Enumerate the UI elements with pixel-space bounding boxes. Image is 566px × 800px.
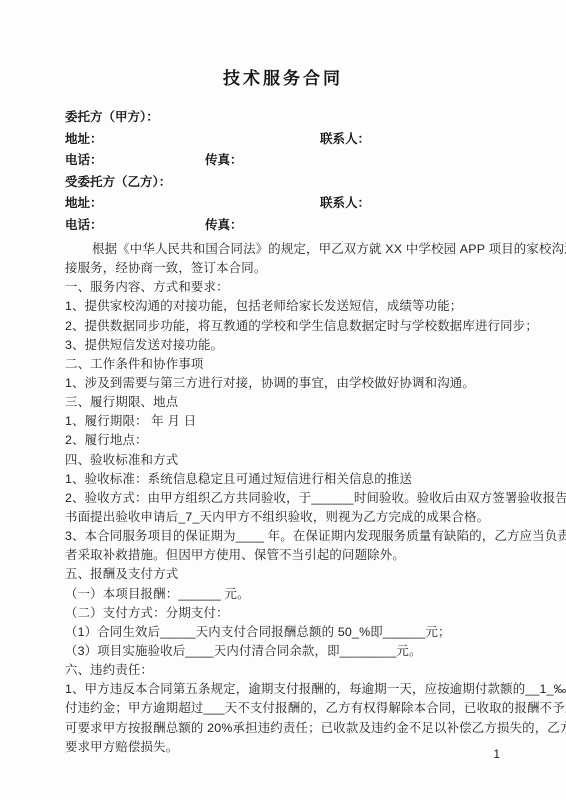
party-b-label: 受委托方（乙方）： [65, 175, 171, 189]
body-line: （3）项目实施验收后____天内付清合同余款，即________元。 [65, 642, 515, 661]
party-a-address-row: 地址： 联系人： [65, 129, 512, 151]
body-line: （二）支付方式：分期支付： [65, 604, 515, 623]
body-line: 3、本合同服务项目的保证期为____ 年。在保证期内发现服务质量有缺陷的，乙方应… [65, 527, 515, 546]
page-title: 技术服务合同 [0, 64, 566, 89]
body-line: 3、提供短信发送对接功能。 [65, 336, 515, 355]
party-b-phone-row: 电话： 传真： [65, 215, 512, 237]
body-line: 书面提出验收申请后_7_天内甲方不组织验收，则视为乙方完成的成果合格。 [65, 508, 515, 527]
contract-body: 根据《中华人民共和国合同法》的规定，甲乙双方就 XX 中学校园 APP 项目的家… [65, 240, 515, 757]
page-number: 1 [493, 747, 500, 761]
parties-block: 委托方（甲方）： 地址： 联系人： 电话： 传真： 受委托方（乙方）： 地址： … [65, 107, 512, 237]
body-line: 根据《中华人民共和国合同法》的规定，甲乙双方就 XX 中学校园 APP 项目的家… [65, 240, 515, 259]
party-b-name-row: 受委托方（乙方）： [65, 172, 512, 194]
party-b-address-label: 地址： [65, 196, 103, 210]
body-line: 1、验收标准：系统信息稳定且可通过短信进行相关信息的推送 [65, 470, 515, 489]
party-a-contact-label: 联系人： [320, 129, 370, 151]
body-line: （1）合同生效后_____天内支付合同报酬总额的 50_%即______元； [65, 623, 515, 642]
body-line: 一、服务内容、方式和要求： [65, 278, 515, 297]
body-line: 要求甲方赔偿损失。 [65, 738, 515, 757]
body-line: 1、涉及到需要与第三方进行对接，协调的事宜，由学校做好协调和沟通。 [65, 374, 515, 393]
body-line: 可要求甲方按报酬总额的 20%承担违约责任；已收款及违约金不足以补偿乙方损失的，… [65, 719, 515, 738]
party-b-fax-label: 传真： [205, 215, 243, 237]
party-b-contact-label: 联系人： [320, 193, 370, 215]
party-a-phone-row: 电话： 传真： [65, 150, 512, 172]
party-a-label: 委托方（甲方）： [65, 110, 159, 124]
body-line: 2、履行地点： [65, 431, 515, 450]
body-line: （一）本项目报酬：______ 元。 [65, 585, 515, 604]
body-line: 二、工作条件和协作事项 [65, 355, 515, 374]
body-line: 三、履行期限、地点 [65, 393, 515, 412]
body-line: 1、提供家校沟通的对接功能，包括老师给家长发送短信，成绩等功能； [65, 297, 515, 316]
party-b-address-row: 地址： 联系人： [65, 193, 512, 215]
body-line: 2、提供数据同步功能，将互教通的学校和学生信息数据定时与学校数据库进行同步； [65, 317, 515, 336]
body-line: 六、违约责任： [65, 661, 515, 680]
body-line: 五、报酬及支付方式 [65, 565, 515, 584]
body-line: 付违约金；甲方逾期超过___天不支付报酬的，乙方有权得解除本合同，已收取的报酬不… [65, 699, 515, 718]
body-line: 四、验收标准和方式 [65, 451, 515, 470]
party-a-name-row: 委托方（甲方）： [65, 107, 512, 129]
body-line: 1、履行期限： 年 月 日 [65, 412, 515, 431]
body-line: 2、验收方式：由甲方组织乙方共同验收，于______时间验收。验收后由双方签署验… [65, 489, 515, 508]
contract-page: 技术服务合同 委托方（甲方）： 地址： 联系人： 电话： 传真： 受委托方（乙方… [0, 0, 566, 800]
body-line: 者采取补救措施。但因甲方使用、保管不当引起的问题除外。 [65, 546, 515, 565]
party-a-address-label: 地址： [65, 132, 103, 146]
body-line: 1、甲方违反本合同第五条规定，逾期支付报酬的，每逾期一天，应按逾期付款额的__1… [65, 680, 515, 699]
body-line: 接服务，经协商一致，签订本合同。 [65, 259, 515, 278]
party-a-phone-label: 电话： [65, 153, 103, 167]
party-b-phone-label: 电话： [65, 218, 103, 232]
party-a-fax-label: 传真： [205, 150, 243, 172]
